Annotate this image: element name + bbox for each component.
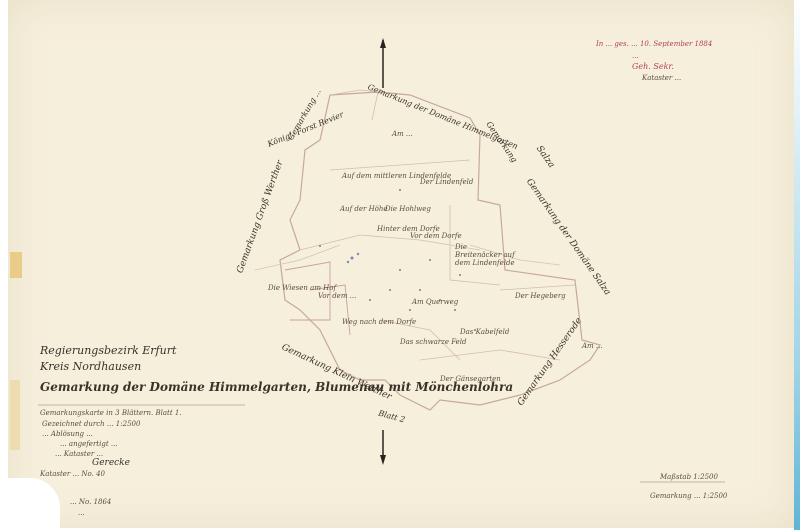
cadastral-stamp: Kataster ... No. 40 [40, 470, 105, 478]
field-name: Die Wiesen am Hof [268, 284, 336, 292]
field-name: Am Querweg [412, 298, 458, 306]
field-name: Weg nach dem Dorfe [342, 318, 416, 326]
field-name: Vor dem ... [318, 292, 356, 300]
field-name: Auf der Höhe [340, 205, 388, 213]
field-name: Der Gänsegarten [440, 375, 501, 383]
field-name: Der Lindenfeld [420, 178, 473, 186]
field-name: Die Breitenäcker auf dem Lindenfelde [455, 243, 515, 267]
field-name: Am ... [392, 130, 413, 138]
field-name: Das Kabelfeld [460, 328, 509, 336]
red-annotation: In ... ges. ... 10. September 1884 [596, 40, 712, 48]
sheet-reference: Gemarkung ... 1:2500 [650, 492, 727, 500]
field-name: Der Hegeberg [515, 292, 566, 300]
bottom-reference: ... No. 1864 [70, 498, 111, 506]
title-region: Regierungsbezirk Erfurt [40, 344, 176, 357]
signature: Gerecke [92, 458, 130, 468]
note-line: ... angefertigt ... [60, 440, 118, 448]
note-line: ... Ablösung ... [42, 430, 93, 438]
scale-label: Maßstab 1:2500 [660, 473, 718, 481]
red-annotation: ... [632, 52, 639, 60]
red-annotation: Kataster ... [642, 74, 681, 82]
bottom-reference-2: ... [78, 509, 85, 517]
field-name: Das schwarze Feld [400, 338, 467, 346]
note-line: Gezeichnet durch ... 1:2500 [42, 420, 140, 428]
title-district: Kreis Nordhausen [40, 360, 141, 373]
field-name: Am ... [582, 342, 603, 350]
note-line: Gemarkungskarte in 3 Blättern. Blatt 1. [40, 409, 182, 417]
field-name: Die Hohlweg [385, 205, 431, 213]
field-name: Vor dem Dorfe [410, 232, 462, 240]
red-annotation: Geh. Sekr. [632, 62, 674, 71]
note-line: ... Kataster ... [55, 450, 103, 458]
